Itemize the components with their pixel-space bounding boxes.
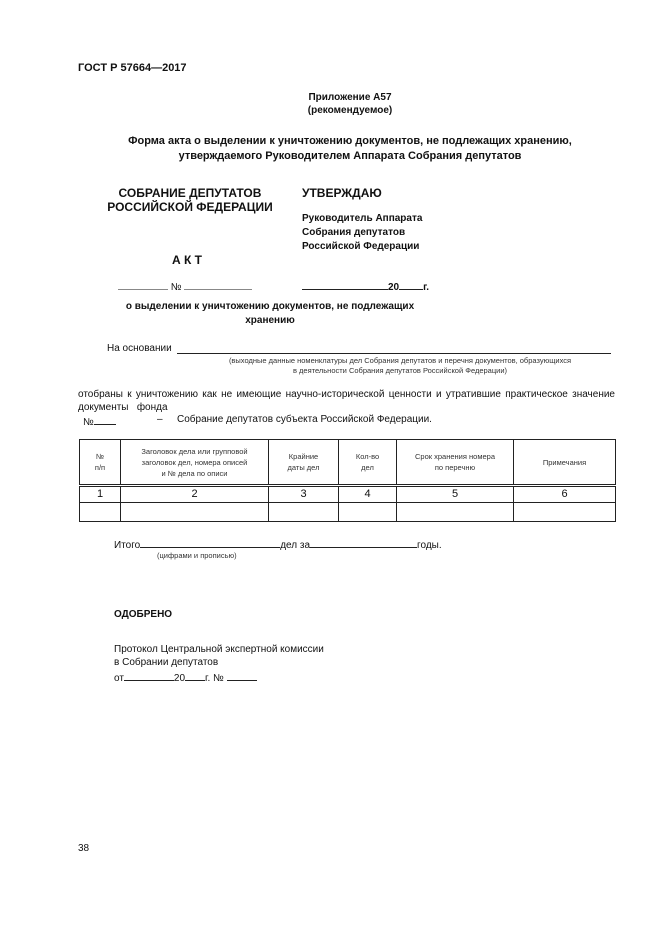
protocol-year-prefix: 20	[174, 673, 185, 684]
appendix-status: (рекомендуемое)	[260, 105, 440, 116]
total-label: Итого	[114, 540, 140, 551]
act-label: А К Т	[172, 253, 202, 267]
protocol-number-field[interactable]	[227, 670, 257, 681]
act-date-field[interactable]	[118, 279, 168, 290]
fund-name: Собрание депутатов субъекта Российской Ф…	[177, 414, 432, 425]
body-text-line2: документы фонда	[78, 402, 168, 413]
col-header-retention: Срок хранения номерапо перечню	[397, 440, 514, 486]
approval-day-month-field[interactable]	[302, 279, 388, 290]
protocol-line1: Протокол Центральной экспертной комиссии	[114, 644, 324, 655]
table-cell-input[interactable]	[514, 503, 616, 522]
total-count-field[interactable]	[140, 537, 280, 548]
fund-number-sign: №	[83, 417, 94, 428]
approval-year-prefix: 20	[388, 282, 399, 293]
approval-date-line: 20г.	[302, 279, 429, 293]
total-line: Итогодел загоды.	[114, 537, 442, 551]
act-subject-line1: о выделении к уничтожению документов, не…	[100, 301, 440, 312]
total-middle: дел за	[280, 540, 310, 551]
body-text-line1: отобраны к уничтожению как не имеющие на…	[78, 389, 615, 400]
protocol-date-prefix: от	[114, 673, 124, 684]
table-cell: 5	[397, 486, 514, 503]
basis-field[interactable]	[177, 343, 611, 354]
approval-year-suffix: г.	[423, 282, 429, 293]
table-cell-input[interactable]	[339, 503, 397, 522]
fund-line: №	[83, 414, 116, 428]
number-sign: №	[171, 282, 182, 293]
total-suffix: годы.	[417, 540, 442, 551]
table-cell: 3	[269, 486, 339, 503]
col-header-title: Заголовок дела или групповойзаголовок де…	[121, 440, 269, 486]
table-cell-input[interactable]	[269, 503, 339, 522]
fund-dash: –	[157, 414, 163, 425]
table-cell-input[interactable]	[121, 503, 269, 522]
basis-hint-line1: (выходные данные номенклатуры дел Собран…	[180, 356, 620, 365]
protocol-line2: в Собрании депутатов	[114, 657, 218, 668]
total-years-field[interactable]	[310, 537, 417, 548]
org-name-line1: СОБРАНИЕ ДЕПУТАТОВ	[100, 186, 280, 200]
act-number-field[interactable]	[184, 279, 252, 290]
org-name-line2: РОССИЙСКОЙ ФЕДЕРАЦИИ	[100, 200, 280, 214]
protocol-year-field[interactable]	[185, 670, 205, 681]
table-row	[80, 503, 616, 522]
table-cell-input[interactable]	[80, 503, 121, 522]
table-header-row: №п/п Заголовок дела или групповойзаголов…	[80, 440, 616, 486]
approver-position-line2: Собрания депутатов	[302, 227, 405, 238]
table-cell: 4	[339, 486, 397, 503]
approve-label: УТВЕРЖДАЮ	[302, 186, 382, 200]
col-header-count: Кол-водел	[339, 440, 397, 486]
protocol-day-month-field[interactable]	[124, 670, 174, 681]
protocol-year-suffix: г. №	[205, 673, 224, 684]
approved-label: ОДОБРЕНО	[114, 609, 172, 620]
col-header-number: №п/п	[80, 440, 121, 486]
table-number-row: 1 2 3 4 5 6	[80, 486, 616, 503]
total-hint: (цифрами и прописью)	[157, 551, 237, 560]
approver-position-line1: Руководитель Аппарата	[302, 213, 422, 224]
col-header-notes: Примечания	[514, 440, 616, 486]
form-title-line2: утверждаемого Руководителем Аппарата Соб…	[60, 150, 640, 162]
form-title-line1: Форма акта о выделении к уничтожению док…	[60, 135, 640, 147]
page-number: 38	[78, 843, 89, 854]
approver-position-line3: Российской Федерации	[302, 241, 419, 252]
approval-year-field[interactable]	[399, 279, 423, 290]
basis-label: На основании	[107, 343, 172, 354]
standard-code: ГОСТ Р 57664—2017	[78, 62, 187, 74]
table-cell: 6	[514, 486, 616, 503]
table-cell: 2	[121, 486, 269, 503]
table-cell-input[interactable]	[397, 503, 514, 522]
appendix-title: Приложение А57	[260, 92, 440, 103]
act-subject-line2: хранению	[100, 315, 440, 326]
fund-number-field[interactable]	[94, 414, 116, 425]
act-table: №п/п Заголовок дела или групповойзаголов…	[79, 439, 616, 522]
col-header-dates: Крайниедаты дел	[269, 440, 339, 486]
act-date-number-line: №	[118, 279, 252, 293]
protocol-date-line: от20г. №	[114, 670, 257, 684]
basis-hint-line2: в деятельности Собрания депутатов Россий…	[180, 366, 620, 375]
table-cell: 1	[80, 486, 121, 503]
